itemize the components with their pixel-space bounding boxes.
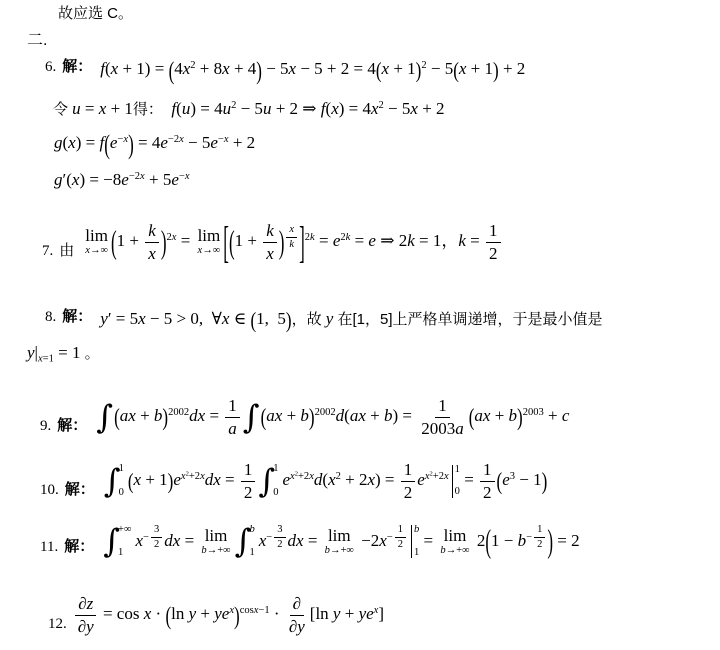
problem-6-solution: 6. 解： f(x + 1) = (4x2 + 8x + 4) − 5x − 5…	[45, 55, 525, 79]
section-heading: 二.	[27, 27, 47, 50]
math-mi: dx	[189, 406, 205, 425]
math-mnum: 1	[241, 460, 256, 482]
math-mbig: (	[251, 309, 257, 331]
math-mbig: )	[416, 59, 422, 81]
math-mi: ax	[120, 406, 136, 425]
math-mi: x	[222, 59, 230, 78]
math-msup: −2x	[168, 134, 184, 145]
math-mi: ax	[474, 406, 490, 425]
math-mi: x	[371, 99, 379, 118]
math-mr: cos	[117, 604, 144, 623]
math-mi: a	[228, 419, 237, 438]
math-mnum: 1	[486, 221, 501, 243]
math-msup: x2+2x	[290, 471, 314, 482]
math-mr: →+∞	[207, 545, 231, 556]
math-mfrac: ∂∂y	[286, 594, 308, 636]
math-midn: 0	[273, 488, 278, 499]
math-mi: e	[160, 133, 168, 152]
math-mbig: (	[485, 526, 491, 558]
math-mint: ∫10	[258, 464, 281, 498]
math-mr: 1	[483, 460, 492, 479]
math-mr: + 1	[106, 99, 133, 118]
math-mr: + 2	[499, 59, 526, 78]
math-mr: +2	[298, 471, 309, 482]
math-mr: + 2	[229, 133, 256, 152]
math-mr: + 1	[466, 59, 493, 78]
math-mi: e	[210, 133, 218, 152]
math-mr: 1	[119, 463, 124, 474]
math-mbarlim: 10	[453, 465, 460, 498]
math-mr: + 2 ⇒	[271, 99, 320, 118]
math-mbig: (	[229, 226, 235, 258]
math-mi: x	[444, 471, 449, 482]
math-mi: x	[68, 133, 76, 152]
math-mr: ) =	[392, 406, 416, 425]
math-milim: b1	[249, 525, 254, 559]
math-mfrac: 12	[395, 524, 406, 551]
math-mnum: ∂z	[75, 594, 96, 616]
math-mbig: (	[128, 470, 134, 492]
math-midn: 1	[118, 548, 131, 559]
math-formula: g(x) = f(e−x) = 4e−2x − 5e−x + 2	[54, 133, 255, 153]
math-mnum: ∂	[290, 594, 304, 616]
math-milim: 10	[273, 464, 278, 498]
math-mfrac: 32	[151, 524, 162, 551]
math-mbig: ]	[299, 220, 305, 264]
math-mbig: (	[261, 405, 267, 429]
math-mr: −2	[129, 171, 140, 182]
math-mnum: 1	[480, 460, 495, 482]
math-mi: k	[458, 231, 466, 250]
math-mr: ∂	[78, 594, 86, 613]
math-formula: g′(x) = −8e−2x + 5e−x	[54, 170, 190, 190]
math-formula: y′ = 5x − 5 > 0, ∀x ∈ (1, 5)，故 y 在[1，5]上…	[100, 308, 602, 329]
math-mr: 2	[489, 244, 498, 263]
math-mr: =	[180, 531, 198, 550]
math-mr: →+∞	[446, 545, 470, 556]
math-mi: y	[27, 343, 35, 362]
math-msup: 2k	[305, 232, 315, 243]
math-mi: ax	[266, 406, 282, 425]
math-mr: +	[366, 406, 384, 425]
math-mr: + 2	[341, 470, 368, 489]
math-mlim: limb→+∞	[440, 527, 469, 557]
math-mi: x	[136, 531, 144, 550]
math-mr: 1	[438, 396, 447, 415]
math-mr: =	[466, 231, 484, 250]
math-msup: −32	[143, 532, 164, 543]
math-msup: x2+2x	[425, 471, 449, 482]
math-mr: 1 −	[491, 531, 518, 550]
math-mbig: )	[256, 57, 262, 83]
math-mr: = 1	[54, 343, 81, 362]
math-mi: x	[367, 470, 375, 489]
section-label: 二.	[27, 27, 47, 50]
math-mr: =1	[43, 354, 54, 365]
math-mi: e	[173, 470, 181, 489]
math-mfrac: 12	[241, 460, 256, 502]
solution-label: 解：	[65, 478, 95, 502]
math-mr: 2	[244, 483, 253, 502]
math-mr: − 5	[427, 59, 454, 78]
math-mnum: 1	[395, 524, 406, 538]
math-mr: + 2	[418, 99, 445, 118]
math-mr: +	[544, 406, 562, 425]
math-mbig: (	[104, 130, 110, 157]
math-mr: =	[81, 99, 99, 118]
math-mr: 1 +	[117, 231, 144, 250]
previous-answer-line: 故应选 C。	[58, 2, 133, 23]
math-mden: k	[286, 238, 297, 251]
math-mi: x	[379, 531, 387, 550]
math-mr: −2	[168, 134, 179, 145]
math-mi: b	[509, 406, 518, 425]
math-formula: 令 u = x + 1得： f(u) = 4u2 − 5u + 2 ⇒ f(x)…	[53, 98, 445, 119]
math-msup: x2+2x	[181, 471, 205, 482]
math-mint: ∫b1	[235, 525, 258, 559]
math-mbar: 10	[452, 465, 460, 498]
math-mi: x	[148, 244, 156, 263]
math-mr: 4	[174, 59, 183, 78]
math-miup: 1	[119, 464, 124, 475]
math-mr: 0	[273, 487, 278, 498]
math-mnum: k	[263, 221, 277, 243]
math-mlimm: lim	[205, 527, 228, 544]
math-mi: d	[336, 406, 345, 425]
math-mbig: )	[309, 405, 315, 429]
math-mr: 1	[489, 221, 498, 240]
math-msup: −x	[179, 171, 190, 182]
math-mfrac: 32	[274, 524, 285, 551]
solution-label: 由	[59, 239, 74, 263]
problem-8-solution: 8. 解： y′ = 5x − 5 > 0, ∀x ∈ (1, 5)，故 y 在…	[45, 305, 603, 329]
problem-number: 7.	[42, 243, 53, 263]
math-mi: x	[185, 171, 190, 182]
math-mr: +2	[189, 471, 200, 482]
math-mfrac: kx	[145, 221, 159, 263]
math-mi: b	[518, 531, 527, 550]
math-mlim: limb→+∞	[325, 527, 354, 557]
math-mr: − 1	[515, 470, 542, 489]
math-mr: ) =	[375, 470, 399, 489]
math-mi: x	[138, 309, 146, 328]
math-mr: ln	[315, 604, 332, 623]
math-mr: 1	[249, 547, 254, 558]
math-mr: ) = −8	[79, 170, 121, 189]
math-msup: −x	[218, 134, 229, 145]
math-mden: 2	[241, 482, 256, 503]
math-mlimm: lim	[444, 527, 467, 544]
math-mr: =	[419, 531, 437, 550]
math-mr: − 5	[262, 59, 289, 78]
math-msup: −32	[266, 532, 287, 543]
math-mc: 。	[80, 345, 99, 362]
math-miup: 1	[273, 464, 278, 475]
math-mi: ye	[359, 604, 374, 623]
math-mr: 2	[473, 531, 486, 550]
math-mr: + 1	[141, 470, 168, 489]
math-mr: − 5	[384, 99, 411, 118]
math-mi: e	[368, 231, 376, 250]
math-mr: 1	[228, 396, 237, 415]
math-mr: 3	[154, 524, 159, 535]
math-mbig: )	[542, 469, 548, 493]
math-mi: x	[134, 470, 142, 489]
math-mr: =	[304, 531, 322, 550]
math-mlim: limx→∞	[85, 227, 108, 257]
math-mr: 1	[404, 460, 413, 479]
math-mc: ，故	[292, 311, 326, 328]
math-mi: ax	[350, 406, 366, 425]
math-mr: ln	[171, 604, 188, 623]
math-mr: + 4	[230, 59, 257, 78]
math-mr: ·	[151, 604, 165, 623]
math-mr: 1	[273, 463, 278, 474]
math-mr: = 4	[134, 133, 161, 152]
math-mr: 2003	[421, 419, 455, 438]
math-mbig: )	[279, 226, 285, 258]
math-formula: ∫10(x + 1)ex2+2xdx = 12∫10ex2+2xd(x2 + 2…	[103, 460, 548, 502]
math-midn: 0	[119, 488, 124, 499]
math-mlimm: lim	[328, 527, 351, 544]
math-mr: 3	[277, 524, 282, 535]
math-mden: ∂y	[286, 616, 308, 637]
math-mr: 2	[404, 483, 413, 502]
math-mbig: (	[114, 405, 120, 429]
math-mbig: (	[497, 469, 503, 493]
math-misign: ∫	[96, 403, 113, 432]
math-mr: cos	[240, 605, 254, 616]
math-mbig: (	[111, 226, 117, 258]
math-mr: =	[99, 604, 117, 623]
math-mlimm: lim	[198, 227, 221, 244]
math-mnum: 1	[435, 396, 450, 418]
math-mfrac: 12	[480, 460, 495, 502]
math-mr: =	[176, 231, 194, 250]
math-mfrac: 12	[534, 524, 545, 551]
math-mbig: )	[286, 309, 292, 331]
math-mbig: )	[547, 526, 553, 558]
math-mr: 2002	[168, 407, 189, 418]
math-mden: 2	[395, 538, 406, 551]
math-msup: 2003	[523, 407, 544, 418]
math-mbig: )	[234, 602, 240, 628]
math-mi: e	[171, 170, 179, 189]
math-mi: x	[266, 244, 274, 263]
math-mi: k	[148, 221, 156, 240]
math-mi: e	[282, 470, 290, 489]
math-mi: u	[72, 99, 81, 118]
math-mr: −1	[258, 605, 269, 616]
math-mi: x	[289, 224, 294, 235]
math-mc: 令	[53, 101, 72, 118]
problem-8-line-2: y|x=1 = 1 。	[27, 342, 100, 365]
math-msup: xk	[284, 232, 299, 243]
math-mr: =	[350, 231, 368, 250]
math-mnum: k	[145, 221, 159, 243]
math-mi: a	[455, 419, 464, 438]
math-mi: g	[54, 133, 63, 152]
math-mi: x	[289, 59, 297, 78]
math-mbig: )	[128, 130, 134, 157]
math-formula: limx→∞(1 + kx)2x = limx→∞[(1 + kx)xk]2k …	[82, 221, 502, 263]
math-mr: − 5 + 2 = 4	[296, 59, 376, 78]
math-mfrac: xk	[286, 224, 297, 251]
math-mden: x	[263, 243, 277, 264]
math-miup: b	[249, 525, 254, 536]
math-mden: a	[225, 418, 240, 439]
math-mr: 2	[537, 539, 542, 550]
problem-number: 9.	[40, 418, 51, 438]
math-mbig: )	[168, 470, 174, 492]
math-mi: dx	[164, 531, 180, 550]
math-mden: 2	[480, 482, 495, 503]
math-mi: b	[300, 406, 309, 425]
math-mr: +	[196, 604, 214, 623]
math-mden: 2	[151, 538, 162, 551]
math-mr: →+∞	[330, 545, 354, 556]
math-mr: ) = 4	[190, 99, 222, 118]
math-mnum: 1	[225, 396, 240, 418]
math-mlimu: b→+∞	[440, 546, 469, 557]
math-mr: ]	[378, 604, 384, 623]
math-msup: −12	[526, 532, 547, 543]
math-mr: =	[221, 470, 239, 489]
math-milim: +∞1	[118, 525, 131, 559]
math-mr: 1	[537, 524, 542, 535]
math-mnum: 3	[274, 524, 285, 538]
math-mi: k	[289, 239, 294, 250]
math-miup: +∞	[118, 525, 131, 536]
math-mr: 1	[244, 460, 253, 479]
math-mlimm: lim	[85, 227, 108, 244]
math-mr: →∞	[202, 245, 220, 256]
math-mlimu: x→∞	[198, 246, 221, 257]
math-mi: dx	[205, 470, 221, 489]
math-mbig: )	[162, 405, 168, 429]
math-mbig: )	[161, 226, 167, 258]
math-mfrac: 12	[401, 460, 416, 502]
math-msup: −2x	[129, 171, 145, 182]
math-mr: ∂	[289, 617, 297, 636]
math-mi: y	[297, 617, 305, 636]
math-mfrac: 12	[486, 221, 501, 263]
math-mr: −	[387, 532, 393, 543]
math-mden: 2	[486, 243, 501, 264]
math-mr: + 1) =	[118, 59, 168, 78]
document-page: 故应选 C。 二. 6. 解： f(x + 1) = (4x2 + 8x + 4…	[0, 0, 720, 650]
math-mr: 1	[118, 547, 123, 558]
math-mi: z	[87, 594, 94, 613]
problem-12-solution: 12. ∂z∂y = cos x · (ln y + yex)cosx−1 · …	[48, 594, 384, 636]
math-msup: 2k	[340, 232, 350, 243]
math-mr: − 5 > 0, ∀	[146, 309, 222, 328]
math-mr: =	[460, 470, 478, 489]
problem-7-solution: 7. 由 limx→∞(1 + kx)2x = limx→∞[(1 + kx)x…	[42, 221, 503, 263]
math-mnum: 1	[534, 524, 545, 538]
math-msup: 2002	[168, 407, 189, 418]
problem-number: 6.	[45, 59, 56, 79]
math-mbig: (	[376, 59, 382, 81]
math-formula: ∫(ax + b)2002dx = 1a∫(ax + b)2002d(ax + …	[95, 396, 569, 438]
math-mlimu: b→+∞	[201, 546, 230, 557]
math-mr: 2003	[523, 407, 544, 418]
math-mden: x	[145, 243, 159, 264]
math-mi: k	[407, 231, 415, 250]
math-mr: ′ = 5	[108, 309, 138, 328]
math-msup: 2002	[315, 407, 336, 418]
math-mr: −	[143, 532, 149, 543]
math-mlim: limb→+∞	[201, 527, 230, 557]
math-mden: 2	[401, 482, 416, 503]
math-msup: −x	[117, 134, 128, 145]
math-mr: ) =	[76, 133, 100, 152]
math-formula: ∫+∞1x−32dx = limb→+∞∫b1x−32dx = limb→+∞ …	[102, 524, 579, 559]
problem-number: 11.	[40, 539, 58, 559]
math-msup: 2x	[166, 232, 176, 243]
math-mr: ) = 4	[339, 99, 371, 118]
problem-9-solution: 9. 解： ∫(ax + b)2002dx = 1a∫(ax + b)2002d…	[40, 396, 569, 438]
math-mr: =	[315, 231, 333, 250]
problem-number: 8.	[45, 309, 56, 329]
math-mr: 2	[483, 483, 492, 502]
math-mden: 2	[534, 538, 545, 551]
math-mi: y	[189, 604, 197, 623]
problem-number: 10.	[40, 482, 59, 502]
math-mbig: (	[169, 57, 175, 83]
math-mfrac: kx	[263, 221, 277, 263]
math-mr: −	[266, 532, 272, 543]
math-mr: 1 +	[235, 231, 262, 250]
math-mi: b	[154, 406, 163, 425]
math-mfrac: 12003a	[418, 396, 467, 438]
math-mnum: 1	[401, 460, 416, 482]
math-mi: e	[502, 470, 510, 489]
math-mi: c	[562, 406, 570, 425]
math-formula: ∂z∂y = cos x · (ln y + yex)cosx−1 · ∂∂y[…	[73, 594, 384, 636]
math-mr: + 8	[196, 59, 223, 78]
solution-label: 解：	[62, 55, 92, 79]
math-mi: x	[382, 59, 390, 78]
math-mr: +2	[433, 471, 444, 482]
math-mr: →∞	[90, 245, 108, 256]
math-mnum: x	[286, 224, 297, 238]
math-mr: + 1	[389, 59, 416, 78]
problem-6-line-3: g(x) = f(e−x) = 4e−2x − 5e−x + 2	[54, 133, 255, 153]
math-mr: +	[282, 406, 300, 425]
math-mr: =	[205, 406, 223, 425]
math-mi: dx	[288, 531, 304, 550]
math-mint: ∫10	[104, 464, 127, 498]
math-mint: ∫	[96, 403, 113, 432]
math-mi: x	[410, 99, 418, 118]
math-milim: 10	[119, 464, 124, 498]
math-mr: ∂	[78, 617, 86, 636]
math-mi: b	[249, 524, 254, 535]
math-mi: y	[86, 617, 94, 636]
math-mr: = 2	[553, 531, 580, 550]
math-mi: e	[121, 170, 129, 189]
math-mr: ′(	[63, 170, 72, 189]
math-mr: +	[340, 604, 358, 623]
problem-10-solution: 10. 解： ∫10(x + 1)ex2+2xdx = 12∫10ex2+2xd…	[40, 460, 547, 502]
math-mr: 1	[398, 524, 403, 535]
math-midn: 1	[249, 548, 254, 559]
math-mr: +	[136, 406, 154, 425]
math-mbig: (	[165, 602, 171, 628]
math-mi: g	[54, 170, 63, 189]
math-misign: ∫	[243, 403, 260, 432]
